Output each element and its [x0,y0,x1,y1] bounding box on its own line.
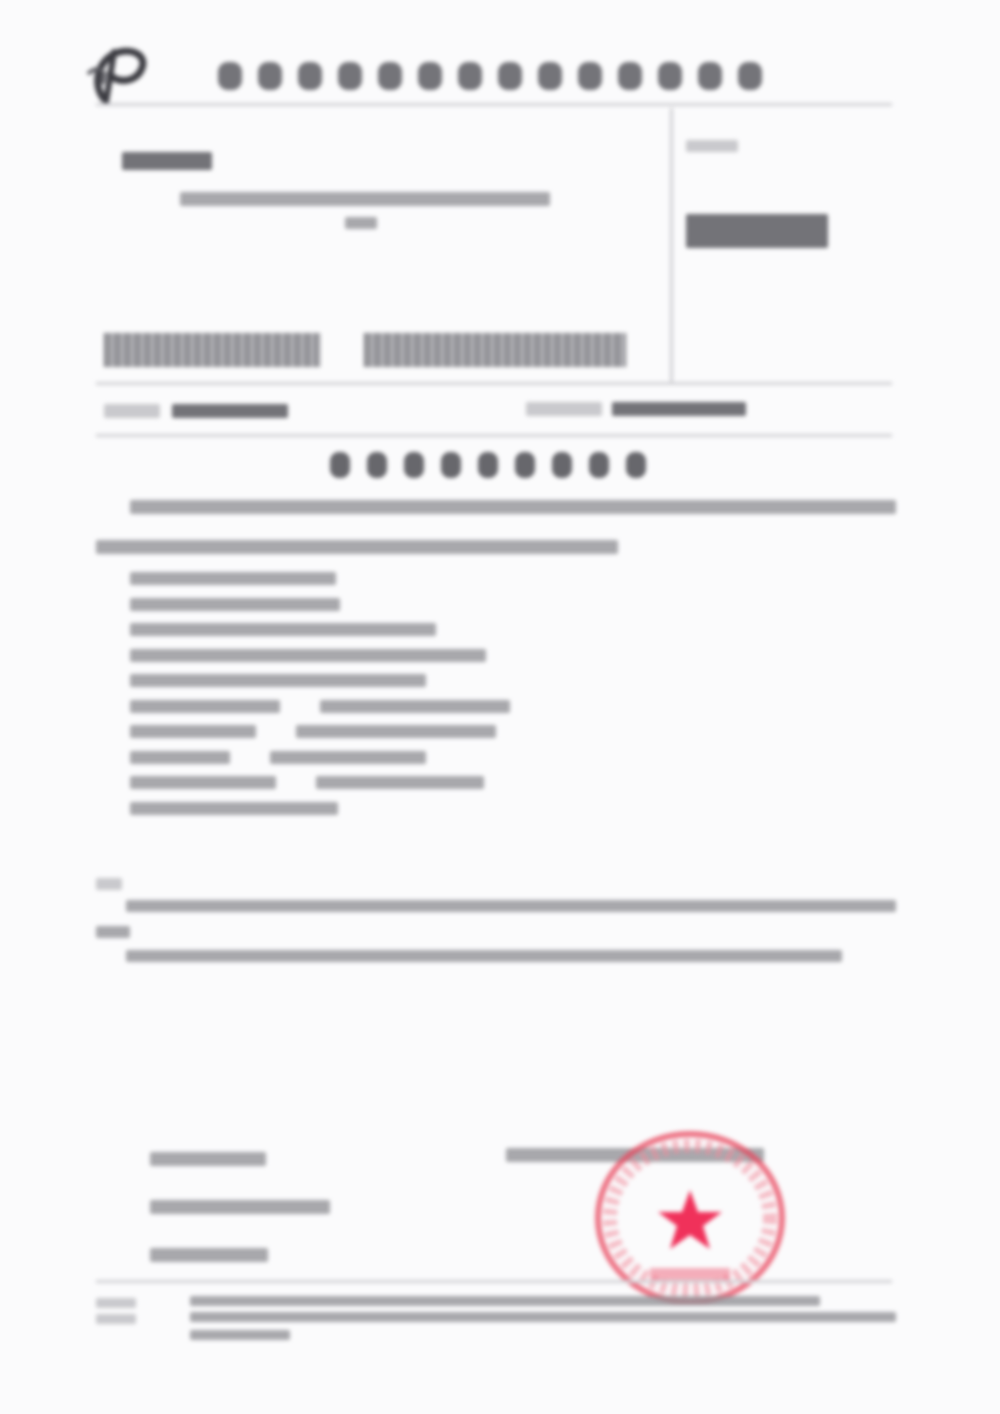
phone-line-redacted [150,1200,330,1214]
field-row-redacted [296,725,496,738]
header-glyph [698,62,722,90]
address-rule [96,382,892,385]
field-row-redacted [130,802,338,815]
field-row-redacted [130,674,426,687]
field-row-redacted [316,776,484,789]
header-glyph [258,62,282,90]
examiner-line-redacted [150,1152,266,1166]
header-glyph [538,62,562,90]
title-glyph [478,452,498,478]
official-seal-icon [592,1128,788,1304]
field-row-redacted [130,725,256,738]
header-glyph [658,62,682,90]
header-glyph [378,62,402,90]
field-row-redacted [130,598,340,611]
barcode-right [364,333,626,367]
field-row-redacted [130,623,436,636]
field-row-redacted [130,572,336,585]
field-row-redacted [130,649,486,662]
title-glyph [515,452,535,478]
footer-line-3-redacted [190,1330,290,1340]
header-rule [96,103,892,106]
field-row-redacted [130,751,230,764]
footer-label-2-redacted [96,1314,136,1324]
title-glyph [404,452,424,478]
header-glyph [458,62,482,90]
header-glyph [298,62,322,90]
title-glyph [589,452,609,478]
intro-line-1-redacted [130,500,896,514]
barcode-left [104,333,320,367]
right-box-divider [670,108,673,384]
cnipa-logo-icon [84,44,154,104]
department-line-redacted [150,1248,268,1262]
postal-code-redacted [122,152,212,170]
application-number-label-redacted [104,404,160,418]
title-glyph [626,452,646,478]
footer-rule [96,1280,892,1283]
header-glyph [218,62,242,90]
header-glyph [618,62,642,90]
fields-rule [96,434,892,437]
document-page: 中华人民共和国国家知识产权局 专利申请受理通知书 [0,0,1000,1414]
footer-label-1-redacted [96,1298,136,1308]
header-glyph [578,62,602,90]
right-box-label-redacted [686,140,738,152]
notice-title-text: 专利申请受理通知书 [0,0,1,1]
footer-line-2-redacted [190,1312,896,1322]
issuer-header-text: 中华人民共和国国家知识产权局 [0,0,1,1]
note-1-line-2-redacted [96,926,130,938]
address-line-redacted [180,192,550,206]
header-glyph [498,62,522,90]
field-row-redacted [270,751,426,764]
dispatch-serial-redacted [612,402,746,416]
notes-label-redacted [96,878,122,890]
address-line-2-redacted [345,217,377,229]
note-2-redacted [126,950,842,962]
header-glyph [738,62,762,90]
title-glyph [367,452,387,478]
dispatch-serial-label-redacted [526,402,602,416]
header-glyph [418,62,442,90]
intro-line-2-redacted [96,540,618,554]
header-glyph [338,62,362,90]
application-number-redacted [172,404,288,418]
title-glyph [552,452,572,478]
field-row-redacted [320,700,510,713]
right-box-value-redacted [686,214,828,248]
note-1-line-1-redacted [126,900,896,912]
title-glyph [330,452,350,478]
footer-line-1-redacted [190,1296,820,1306]
title-glyph [441,452,461,478]
field-row-redacted [130,700,280,713]
field-row-redacted [130,776,276,789]
